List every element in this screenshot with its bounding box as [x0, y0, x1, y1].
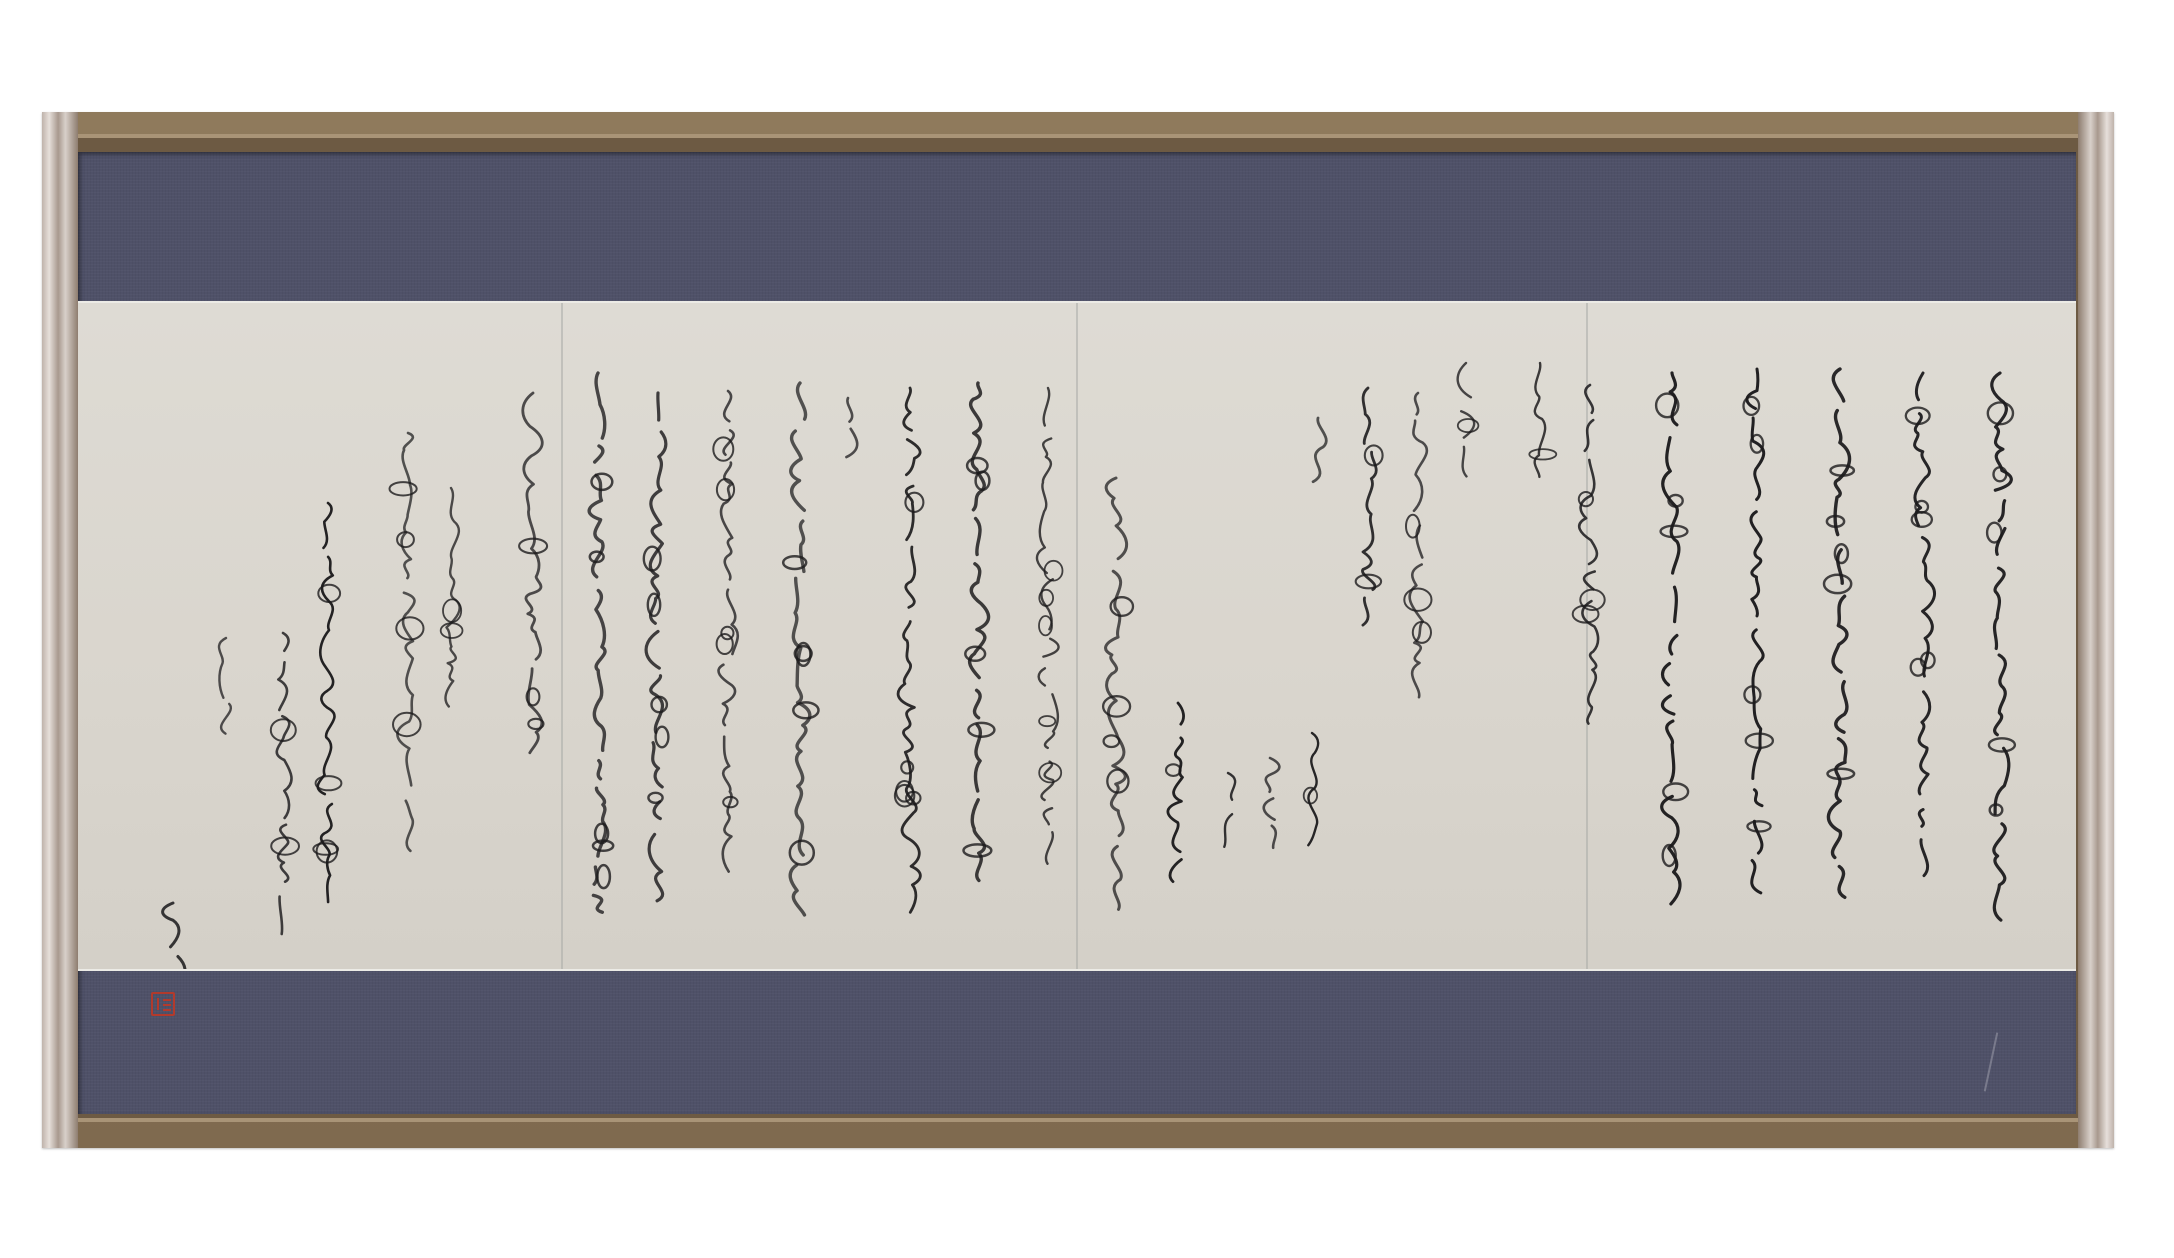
ink-column	[1264, 758, 1280, 848]
ink-loop	[1529, 449, 1556, 459]
ink-column	[1224, 773, 1235, 862]
ink-loop	[1039, 716, 1055, 726]
picture-frame	[42, 112, 2114, 1148]
ink-loop	[905, 493, 923, 512]
calligraphy-paper	[78, 301, 2076, 971]
ink-loop	[441, 623, 463, 638]
ink-column	[1313, 418, 1326, 495]
ink-loop	[1906, 408, 1930, 424]
calligraphy-ink-columns	[78, 303, 2076, 969]
ink-column	[898, 388, 920, 912]
ink-loop	[1045, 561, 1063, 581]
ink-column	[445, 488, 459, 707]
ink-column	[1992, 373, 2012, 920]
ink-loop	[1458, 419, 1479, 432]
ink-loop	[656, 727, 669, 748]
ink-loop	[1663, 784, 1688, 801]
ink-column	[1662, 373, 1680, 904]
ink-loop	[1987, 523, 2001, 543]
ink-column	[646, 393, 666, 909]
ink-loop	[1824, 575, 1851, 593]
ink-loop	[318, 585, 340, 602]
ink-loop	[390, 482, 417, 495]
ink-loop	[793, 702, 818, 718]
ink-column	[1410, 393, 1427, 706]
ink-column	[1106, 478, 1127, 923]
ink-loop	[1989, 738, 2015, 751]
frame-left-rail	[42, 112, 78, 1148]
ink-loop	[393, 713, 421, 736]
ink-column	[1362, 388, 1376, 640]
ink-column	[846, 398, 857, 457]
mat-scratch-mark	[1984, 1032, 1998, 1091]
ink-column	[219, 638, 231, 748]
red-seal-icon	[151, 992, 175, 1016]
ink-column	[1579, 385, 1598, 724]
ink-loop	[1835, 544, 1848, 563]
ink-loop	[597, 865, 610, 888]
ink-loop	[964, 844, 992, 856]
ink-loop	[1994, 467, 2007, 481]
ink-column	[1168, 703, 1184, 882]
ink-column	[1037, 388, 1059, 864]
ink-loop	[717, 479, 734, 500]
ink-loop	[1166, 764, 1181, 776]
frame-right-rail	[2078, 112, 2114, 1148]
ink-column	[1915, 373, 1935, 885]
ink-column	[277, 633, 292, 949]
ink-loop	[1747, 821, 1770, 831]
ink-loop	[1406, 515, 1420, 538]
ink-column	[1828, 369, 1849, 912]
ink-loop	[717, 634, 733, 654]
ink-loop	[648, 793, 662, 803]
ink-column	[163, 903, 186, 969]
ink-column	[397, 433, 414, 861]
ink-column	[790, 383, 810, 915]
ink-column	[1458, 363, 1475, 490]
fabric-mat	[78, 152, 2076, 1114]
ink-loop	[1661, 526, 1688, 537]
ink-loop	[1104, 735, 1120, 747]
ink-loop	[1404, 589, 1431, 611]
